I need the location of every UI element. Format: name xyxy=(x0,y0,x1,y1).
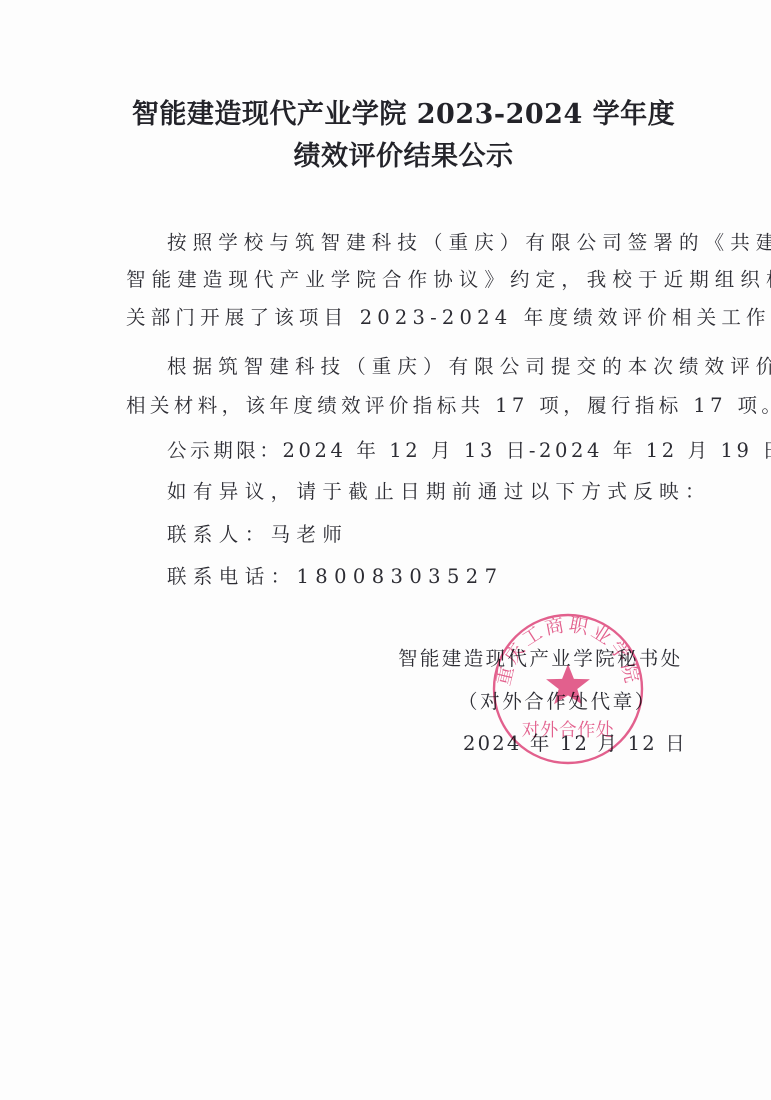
official-seal-stamp: 重庆工商职业学院 对外合作处 xyxy=(491,612,645,766)
announcement-period: 公示期限：2024 年 12 月 13 日-2024 年 12 月 19 日 xyxy=(167,438,771,464)
paragraph-2-line-2: 相关材料，该年度绩效评价指标共 17 项，履行指标 17 项。 xyxy=(126,393,771,419)
paragraph-1-line-3: 关部门开展了该项目 2023-2024 年度绩效评价相关工作。 xyxy=(126,305,771,331)
paragraph-2-line-1: 根据筑智建科技（重庆）有限公司提交的本次绩效评价 xyxy=(167,354,771,380)
document-title-line2: 绩效评价结果公示 xyxy=(18,134,771,173)
contact-person: 联系人：马老师 xyxy=(167,522,348,548)
paragraph-1-line-1: 按照学校与筑智建科技（重庆）有限公司签署的《共建 xyxy=(167,230,771,256)
objection-instructions: 如有异议，请于截止日期前通过以下方式反映： xyxy=(167,479,711,505)
paragraph-1-line-2: 智能建造现代产业学院合作协议》约定，我校于近期组织相 xyxy=(126,267,771,293)
star-icon xyxy=(546,664,590,704)
contact-phone: 联系电话：18008303527 xyxy=(167,564,503,590)
document-title-line1: 智能建造现代产业学院 2023-2024 学年度 xyxy=(18,92,771,131)
document-page: 智能建造现代产业学院 2023-2024 学年度 绩效评价结果公示 按照学校与筑… xyxy=(0,0,771,1100)
stamp-bottom-text: 对外合作处 xyxy=(522,720,615,741)
